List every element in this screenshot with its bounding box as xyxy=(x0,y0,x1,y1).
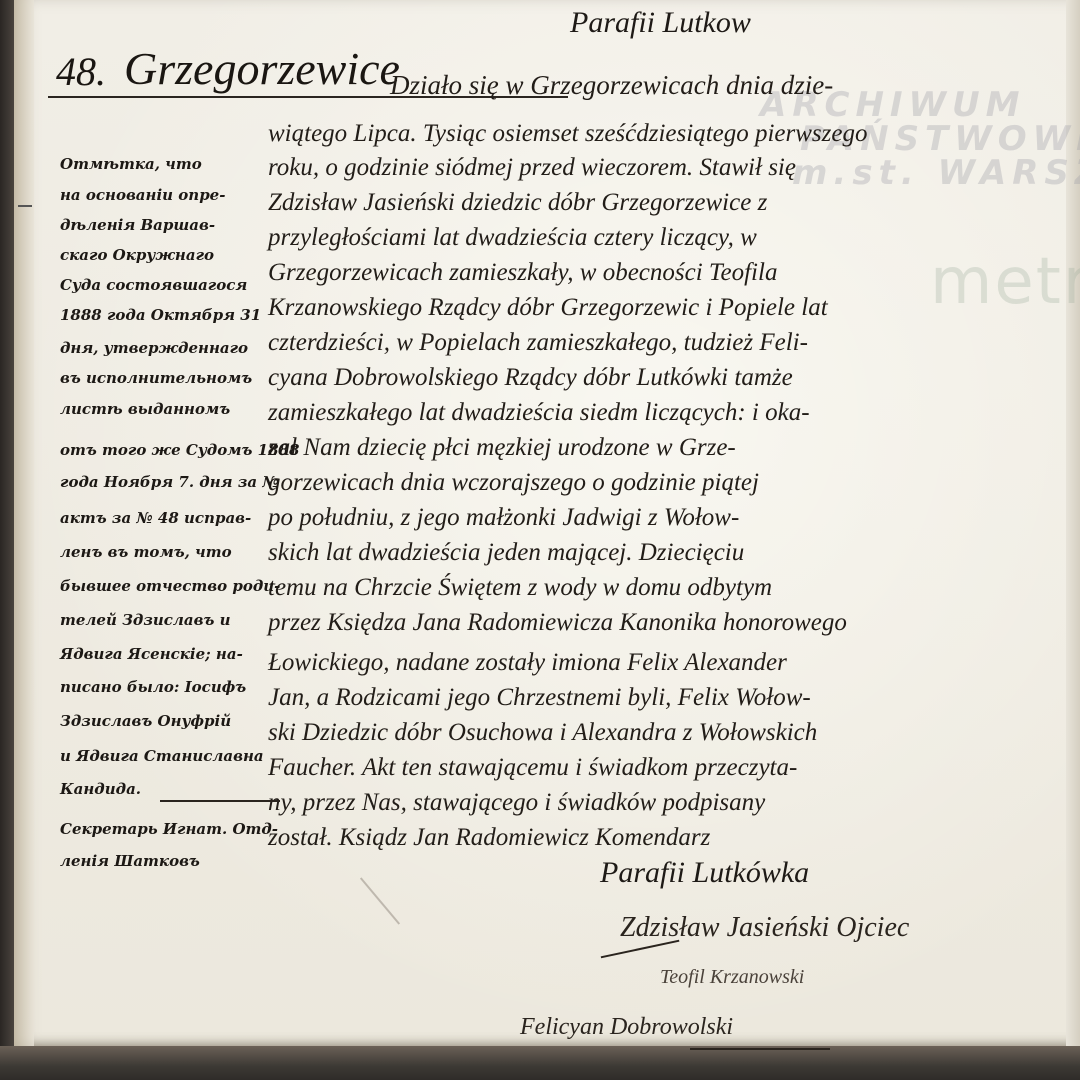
entry-opening-line: Działo się w Grzegorzewicach dnia dzie- xyxy=(390,70,833,101)
margin-note-line: Ядвига Ясенскіе; на- xyxy=(60,645,243,663)
entry-number: 48. xyxy=(56,48,106,95)
margin-note-line: и Ядвига Станиславна xyxy=(60,747,264,765)
entry-line: po południu, z jego małżonki Jadwigi z W… xyxy=(268,504,739,532)
entry-line: zał Nam dziecię płci męzkiej urodzone w … xyxy=(268,434,736,462)
margin-note-line: отъ того же Судомъ 1888 xyxy=(60,441,299,459)
signature-witness-1: Teofil Krzanowski xyxy=(660,966,804,989)
book-binding xyxy=(0,0,14,1080)
book-bottom-edge xyxy=(0,1046,1080,1080)
entry-line: przyległościami lat dwadzieścia cztery l… xyxy=(268,224,757,252)
margin-tick-mark xyxy=(18,205,32,207)
margin-note-line: телей Здзиславъ и xyxy=(60,611,231,629)
entry-line: został. Ksiądz Jan Radomiewicz Komendarz xyxy=(268,824,710,852)
margin-note-line: ленія Шатковъ xyxy=(60,852,200,870)
margin-note-line: года Ноября 7. дня за № xyxy=(60,473,279,491)
entry-line: temu na Chrzcie Świętem z wody w domu od… xyxy=(268,574,772,602)
entry-line: czterdzieści, w Popielach zamieszkałego,… xyxy=(268,329,808,357)
entry-line: ski Dziedzic dóbr Osuchowa i Alexandra z… xyxy=(268,719,817,747)
margin-note-line: Секретарь Игнат. Отд- xyxy=(60,820,278,838)
page-gutter xyxy=(14,0,34,1046)
entry-village-name: Grzegorzewice xyxy=(124,42,400,95)
entry-line: Faucher. Akt ten stawającemu i świadkom … xyxy=(268,754,797,782)
margin-note-line: актъ за № 48 исправ- xyxy=(60,509,251,527)
margin-note-line: ленъ въ томъ, что xyxy=(60,543,232,561)
margin-note-line: Здзиславъ Онуфрій xyxy=(60,712,231,730)
margin-note-line: писано было: Іосифъ xyxy=(60,678,246,696)
entry-line: Łowickiego, nadane zostały imiona Felix … xyxy=(268,649,787,677)
margin-note-line: дня, утвержденнаго xyxy=(60,339,248,357)
signature-father: Zdzisław Jasieński Ojciec xyxy=(620,912,909,944)
margin-note-line: въ исполнительномъ xyxy=(60,369,252,387)
margin-note-line: листѣ выданномъ xyxy=(60,400,230,418)
entry-line: Jan, a Rodzicami jego Chrzestnemi byli, … xyxy=(268,684,811,712)
parish-header: Parafii Lutkow xyxy=(570,6,751,40)
signature-underline xyxy=(690,1048,830,1050)
entry-line: Zdzisław Jasieński dziedzic dóbr Grzegor… xyxy=(268,189,767,217)
margin-note-line: Отмѣтка, что xyxy=(60,155,202,173)
entry-line: roku, o godzinie siódmej przed wieczorem… xyxy=(268,154,796,182)
margin-note-line: скаго Окружнаго xyxy=(60,246,214,264)
entry-line: Krzanowskiego Rządcy dóbr Grzegorzewic i… xyxy=(268,294,828,322)
entry-line: ny, przez Nas, stawającego i świadków po… xyxy=(268,789,765,817)
margin-note-line: дѣленія Варшав- xyxy=(60,216,215,234)
entry-line: cyana Dobrowolskiego Rządcy dóbr Lutkówk… xyxy=(268,364,793,392)
margin-note-line: на основаніи опре- xyxy=(60,186,225,204)
margin-note-line: Кандида. xyxy=(60,780,141,798)
entry-line: skich lat dwadzieścia jeden mającej. Dzi… xyxy=(268,539,744,567)
watermark-city: m.st. WARSZAWY xyxy=(792,156,1080,190)
entry-line: Grzegorzewicach zamieszkały, w obecności… xyxy=(268,259,777,287)
entry-line: przez Księdza Jana Radomiewicza Kanonika… xyxy=(268,609,847,637)
entry-line: zamieszkałego lat dwadzieścia siedm licz… xyxy=(268,399,810,427)
entry-line: gorzewicach dnia wczorajszego o godzinie… xyxy=(268,469,759,497)
priest-parish-closing: Parafii Lutkówka xyxy=(600,856,809,890)
entry-line: wiątego Lipca. Tysiąc osiemset sześćdzie… xyxy=(268,120,868,148)
margin-note-line: бывшее отчество роди- xyxy=(60,577,280,595)
signature-witness-2: Felicyan Dobrowolski xyxy=(520,1014,733,1041)
margin-note-rule xyxy=(160,800,280,802)
margin-note-line: 1888 года Октября 31 xyxy=(60,306,261,324)
watermark-site: metryki.geneteka xyxy=(930,250,1080,314)
margin-note-line: Суда состоявшагося xyxy=(60,276,247,294)
